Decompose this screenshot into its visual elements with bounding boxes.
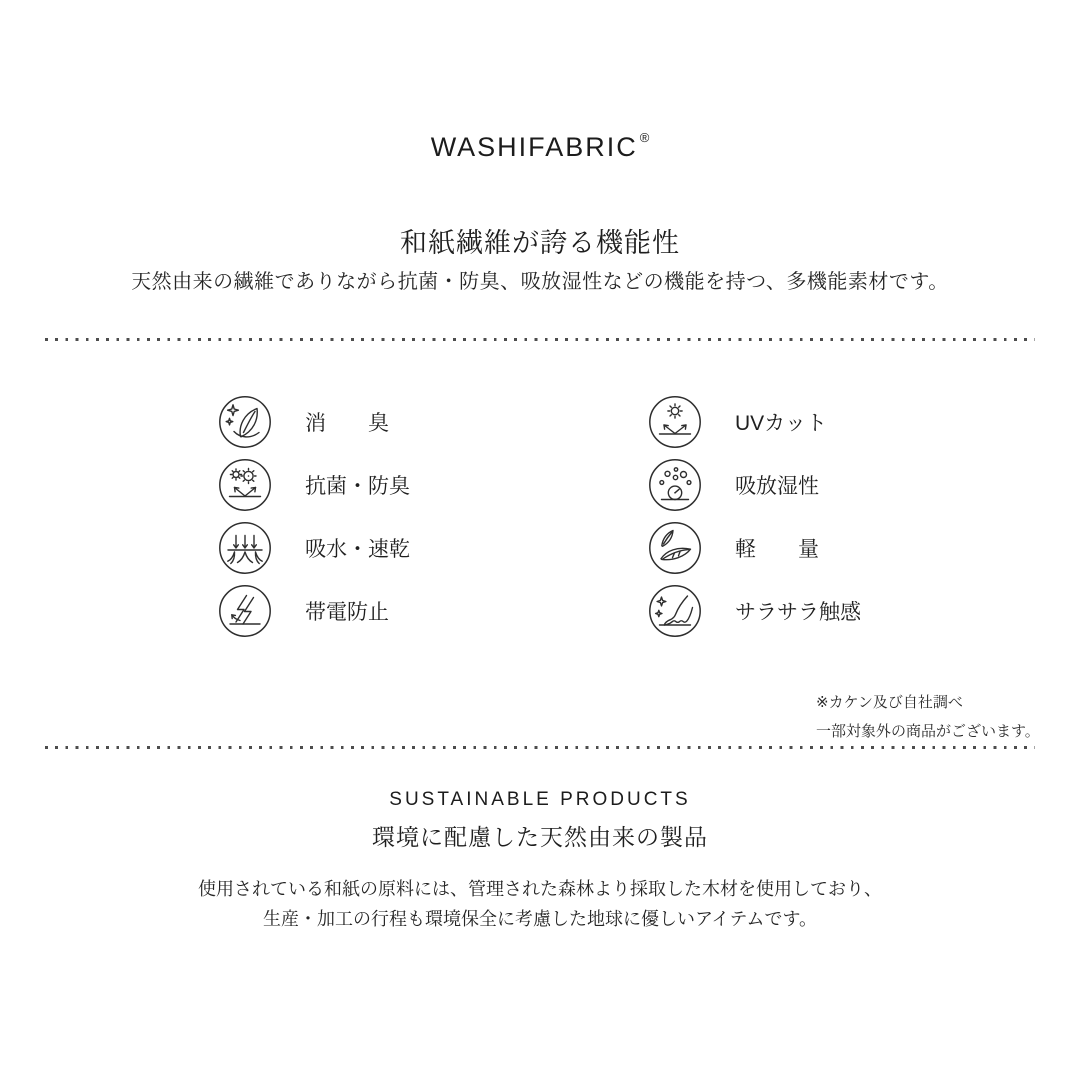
section-heading: 和紙繊維が誇る機能性 (0, 221, 1080, 260)
feature-item: サラサラ触感 (649, 585, 861, 637)
sustainable-body-line-2: 生産・加工の行程も環境保全に考慮した地球に優しいアイテムです。 (263, 909, 817, 929)
feature-label: 吸水・速乾 (305, 533, 410, 563)
antibacterial-deodorant-icon (219, 459, 271, 511)
smooth-touch-icon (649, 585, 701, 637)
dotted-divider-bottom (45, 746, 1035, 749)
lightweight-icon (649, 522, 701, 574)
sustainable-body-line-1: 使用されている和紙の原料には、管理された森林より採取した木材を使用しており、 (198, 879, 882, 899)
feature-item: 吸放湿性 (649, 459, 861, 511)
feature-item: 軽 量 (649, 522, 861, 574)
feature-item: 帯電防止 (219, 585, 410, 637)
feature-label: サラサラ触感 (735, 596, 861, 626)
registered-trademark-mark: ® (640, 130, 650, 145)
sustainable-heading-ja: 環境に配慮した天然由来の製品 (0, 819, 1080, 852)
feature-item: 消 臭 (219, 396, 410, 448)
sustainable-body: 使用されている和紙の原料には、管理された森林より採取した木材を使用しており、生産… (0, 874, 1080, 934)
footnote-line-2: 一部対象外の商品がございます。 (816, 717, 1040, 746)
feature-item: 吸水・速乾 (219, 522, 410, 574)
antistatic-icon (219, 585, 271, 637)
washi-fabric-infographic: WASHIFABRIC® 和紙繊維が誇る機能性 天然由来の繊維でありながら抗菌・… (0, 0, 1080, 1080)
footnote-line-1: ※カケン及び自社調べ (816, 688, 1040, 717)
feature-item: UVカット (649, 396, 861, 448)
feature-column-left: 消 臭 抗菌・防臭 (219, 396, 410, 637)
deodorant-icon (219, 396, 271, 448)
feature-label: 軽 量 (735, 533, 819, 563)
feature-label: 吸放湿性 (735, 470, 819, 500)
feature-item: 抗菌・防臭 (219, 459, 410, 511)
water-absorb-quick-dry-icon (219, 522, 271, 574)
sustainable-heading-en: SUSTAINABLE PRODUCTS (0, 789, 1080, 811)
uv-cut-icon (649, 396, 701, 448)
dotted-divider-top (45, 338, 1035, 341)
section-description: 天然由来の繊維でありながら抗菌・防臭、吸放湿性などの機能を持つ、多機能素材です。 (0, 265, 1080, 294)
moisture-absorb-release-icon (649, 459, 701, 511)
brand-name: WASHIFABRIC (431, 132, 638, 162)
feature-label: 帯電防止 (305, 596, 389, 626)
feature-label: UVカット (735, 407, 827, 437)
feature-label: 抗菌・防臭 (305, 470, 410, 500)
footnote: ※カケン及び自社調べ 一部対象外の商品がございます。 (816, 688, 1040, 746)
feature-label: 消 臭 (305, 407, 389, 437)
brand-title: WASHIFABRIC® (0, 130, 1080, 163)
feature-column-right: UVカット 吸放湿性 (649, 396, 861, 637)
